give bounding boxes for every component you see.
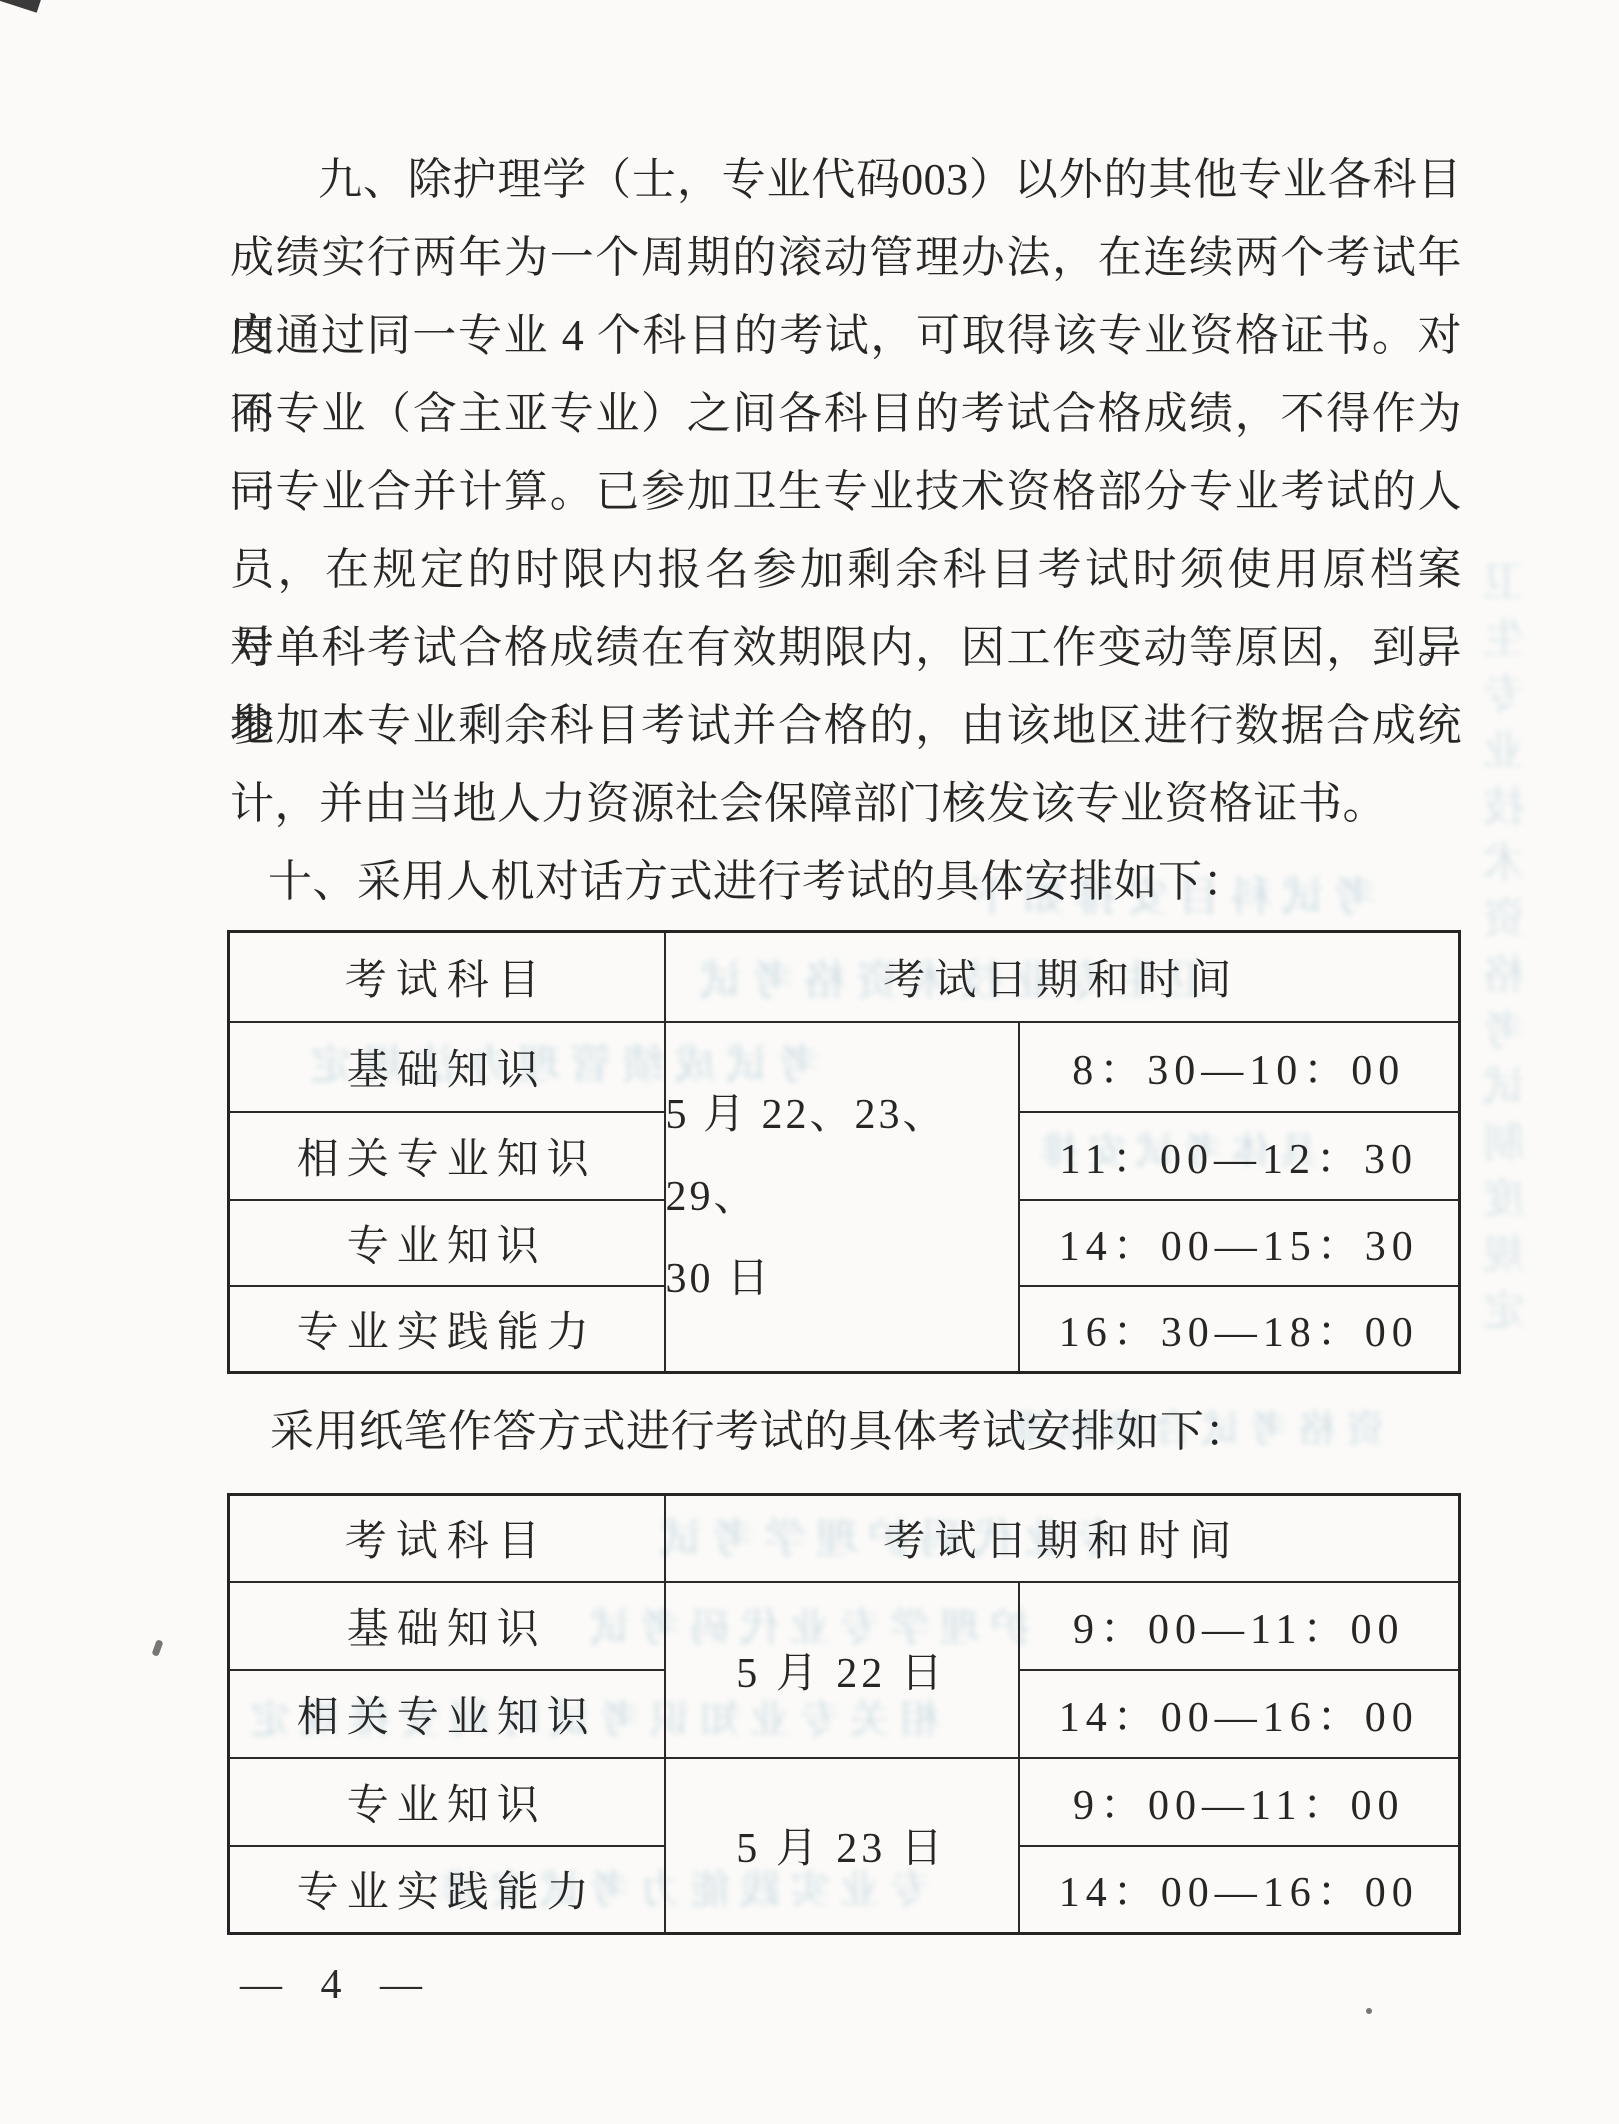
- paragraph-line: 十、采用人机对话方式进行考试的具体安排如下：: [230, 843, 1462, 921]
- scanned-document-page: 考试科目安排如下 卫生专业技术资格考试 考试成绩管理办法规定 具体考试安排 卫生…: [0, 0, 1619, 2124]
- page-number: — 4 —: [240, 1946, 436, 2024]
- table-cell-time: 9：00—11：00: [1019, 1758, 1460, 1846]
- column-header-datetime: 考试日期和时间: [665, 1495, 1460, 1582]
- document-body: 九、除护理学（士，专业代码003）以外的其他专业各科目 成绩实行两年为一个周期的…: [230, 141, 1462, 921]
- exam-date-line: 30 日: [666, 1238, 1018, 1320]
- column-header-subject: 考试科目: [229, 932, 665, 1022]
- table-cell-time: 8：30—10：00: [1019, 1022, 1460, 1112]
- paragraph-line: 内通过同一专业 4 个科目的考试，可取得该专业资格证书。对不: [230, 297, 1462, 375]
- table-cell-time: 11：00—12：30: [1019, 1112, 1460, 1200]
- table-cell-subject: 专业知识: [229, 1200, 665, 1286]
- paragraph-line: 成绩实行两年为一个周期的滚动管理办法，在连续两个考试年度: [230, 219, 1462, 297]
- table-cell-time: 14：00—15：30: [1019, 1200, 1460, 1286]
- table-cell-subject: 专业实践能力: [229, 1286, 665, 1373]
- paragraph-line: 员，在规定的时限内报名参加剩余科目考试时须使用原档案号。: [230, 531, 1462, 609]
- table-cell-subject: 专业知识: [229, 1758, 665, 1846]
- paper-exam-schedule-table: 考试科目 考试日期和时间 基础知识 5 月 22 日 9：00—11：00 相关…: [227, 1493, 1461, 1935]
- paragraph-line: 一专业合并计算。已参加卫生专业技术资格部分专业考试的人: [230, 453, 1462, 531]
- scan-artifact: [0, 0, 41, 13]
- paragraph-line: 采用纸笔作答方式进行考试的具体考试安排如下：: [230, 1393, 1502, 1471]
- scan-artifact: [1366, 2008, 1372, 2014]
- table-cell-subject: 专业实践能力: [229, 1846, 665, 1934]
- table-cell-time: 14：00—16：00: [1019, 1670, 1460, 1758]
- bleed-through-text: 卫生专业技术资格考试制度规定: [1478, 560, 1538, 1360]
- computer-exam-schedule-table: 考试科目 考试日期和时间 基础知识 5 月 22、23、29、 30 日 8：3…: [227, 930, 1461, 1374]
- paragraph-line: 计，并由当地人力资源社会保障部门核发该专业资格证书。: [230, 765, 1462, 843]
- table-cell-subject: 相关专业知识: [229, 1112, 665, 1200]
- paragraph-line: 同专业（含主亚专业）之间各科目的考试合格成绩，不得作为同: [230, 375, 1462, 453]
- table-cell-subject: 基础知识: [229, 1582, 665, 1670]
- table-cell-subject: 基础知识: [229, 1022, 665, 1112]
- paragraph-line: 九、除护理学（士，专业代码003）以外的其他专业各科目: [230, 141, 1462, 219]
- column-header-subject: 考试科目: [229, 1495, 665, 1582]
- table-cell-time: 9：00—11：00: [1019, 1582, 1460, 1670]
- table-cell-time: 14：00—16：00: [1019, 1846, 1460, 1934]
- table-cell-exam-dates: 5 月 22、23、29、 30 日: [665, 1022, 1019, 1373]
- table-cell-exam-date: 5 月 23 日: [665, 1758, 1019, 1934]
- paragraph-line: 对单科考试合格成绩在有效期限内，因工作变动等原因，到异地: [230, 609, 1462, 687]
- scan-artifact: [151, 1639, 163, 1656]
- table-cell-time: 16：30—18：00: [1019, 1286, 1460, 1373]
- paragraph-line: 参加本专业剩余科目考试并合格的，由该地区进行数据合成统: [230, 687, 1462, 765]
- table-cell-subject: 相关专业知识: [229, 1670, 665, 1758]
- exam-date-line: 5 月 22、23、29、: [666, 1074, 1018, 1238]
- table-cell-exam-date: 5 月 22 日: [665, 1582, 1019, 1758]
- column-header-datetime: 考试日期和时间: [665, 932, 1460, 1022]
